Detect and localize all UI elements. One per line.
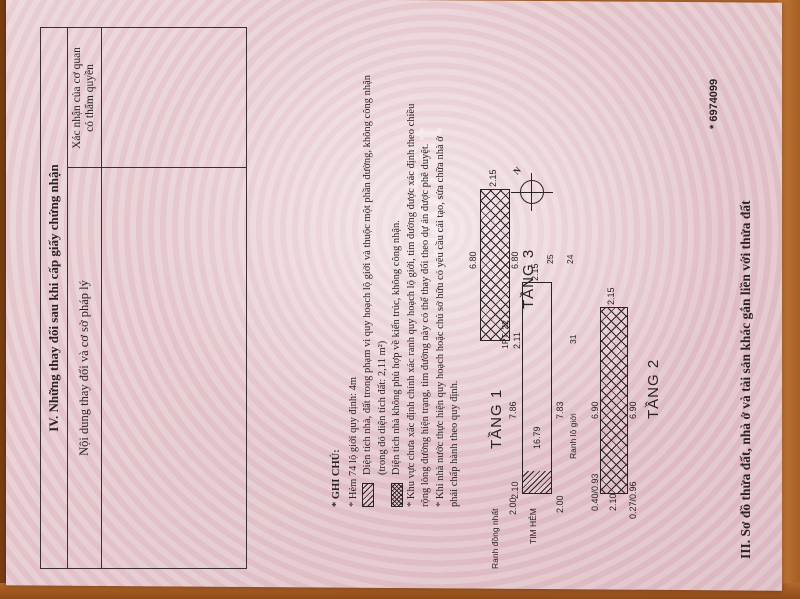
section4-table: IV. Những thay đổi sau khi cấp giấy chứn… (40, 27, 247, 569)
floor2-dim-side-a: 6.90 (628, 401, 638, 419)
neighbor-31-label: 31 (568, 335, 578, 344)
floor3-dim-right: 6.80 (468, 251, 478, 269)
floor3-dim-top: 2.11 (512, 332, 522, 349)
note-line: rộng lòng đường hiện trạng, tim đường nà… (419, 87, 434, 507)
note-line: Diện tích nhà không phù hợp về kiến trúc… (390, 87, 405, 507)
floor1-dim-setback-l: 2.00 (508, 497, 518, 515)
rotated-content: III. Sơ đồ thửa đất, nhà ở và tài sản kh… (0, 0, 800, 599)
floor2-dim-side-b: 6.90 (590, 401, 600, 419)
note-line: (trong đó diện tích đất: 2,11 m²) (376, 87, 391, 507)
hatch-legend-icon (362, 483, 374, 507)
floor3-label: TẦNG 3 (520, 249, 537, 309)
section3-title: III. Sơ đồ thửa đất, nhà ở và tài sản kh… (738, 200, 754, 559)
floor2-plan (600, 307, 628, 494)
floor2-label: TẦNG 2 (645, 359, 662, 419)
lot-boundary-label: Ranh lộ giới (568, 413, 578, 459)
floor2-dim-top: 2.10 (608, 493, 618, 511)
notes-heading: * GHI CHÚ: (330, 87, 345, 507)
floor3-plan (480, 189, 510, 341)
floor2-dim-bottom: 2.15 (606, 287, 616, 305)
neighbor-25-label: 25 (545, 255, 555, 264)
alley-label: TIM HẺM (528, 508, 538, 544)
note-line: Diện tích nhà, đất trong phạm vi quy hoạ… (361, 87, 376, 507)
floor3-dim-left: 6.80 (510, 251, 520, 269)
floor2-dim-right: 0.40/0.93 (590, 473, 600, 511)
serial-number: * 6974099 (708, 79, 720, 129)
section4-title: IV. Những thay đổi sau khi cấp giấy chứn… (41, 28, 68, 568)
floor1-dim-left: 7.86 (508, 401, 518, 419)
note-line: phải chấp hành theo quy định. (448, 87, 463, 507)
common-boundary-label: Ranh đồng nhất (490, 509, 500, 570)
neighbor-24-label: 24 (565, 255, 575, 264)
floor1-plan (522, 282, 552, 494)
notes-block: * GHI CHÚ: * Hẻm 74 lộ giới quy định: 4m… (330, 87, 463, 507)
crosshatch-legend-icon (391, 483, 403, 507)
note-line: * Hẻm 74 lộ giới quy định: 4m (347, 87, 362, 507)
north-label: N (511, 165, 523, 177)
floor1-dim-setback-r: 2.00 (555, 495, 565, 513)
floor3-dim-bottom: 2.15 (488, 169, 498, 187)
floor1-dim-right: 7.83 (555, 401, 565, 419)
note-line: * Khi nhà nước thực hiện quy hoạch hoặc … (434, 87, 449, 507)
floor1-dim-top: 2.10 (510, 481, 520, 499)
north-arrow-icon (520, 180, 544, 204)
note-line: * Khu vực chưa xác định chính xác ranh q… (405, 87, 420, 507)
floor1-label: TẦNG 1 (488, 389, 505, 449)
section4-col-confirmation: Xác nhận của cơ quan có thẩm quyền (67, 28, 101, 168)
floor2-dim-left: 0.27/0.96 (628, 481, 638, 519)
floor1-dim-inner: 16.79 (532, 426, 542, 449)
section4-col-changes: Nội dung thay đổi và cơ sở pháp lý (67, 168, 101, 568)
